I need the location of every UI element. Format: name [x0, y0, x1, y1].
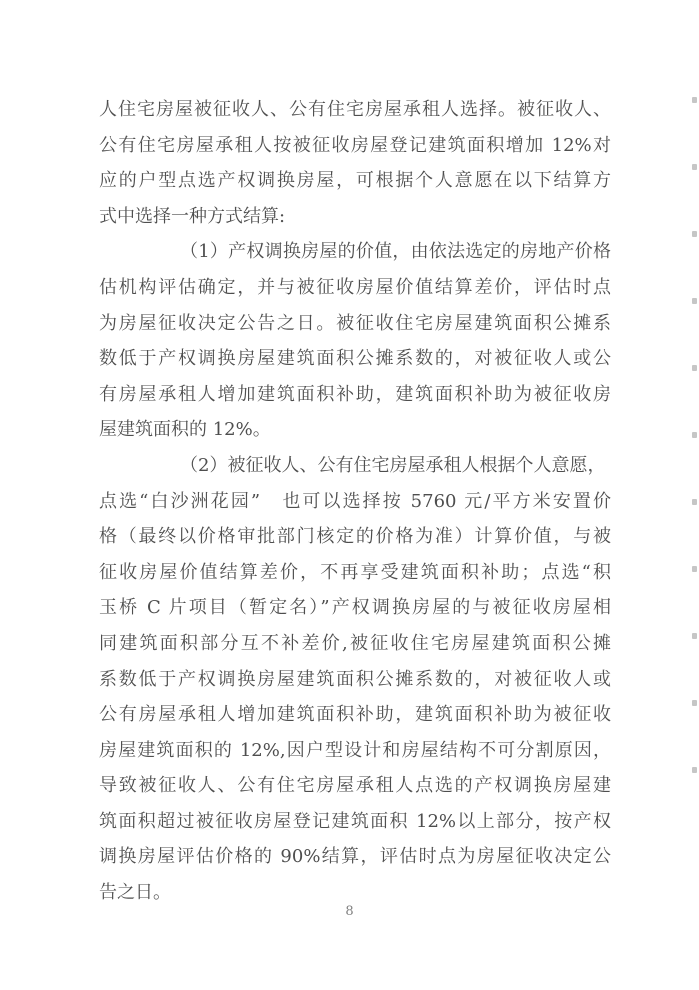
scan-artifact-mark [692, 164, 697, 170]
scan-artifact-mark [692, 700, 697, 706]
text-line: 为房屋征收决定公告之日。被征收住宅房屋建筑面积公摊系 [99, 306, 611, 342]
text-line: 应的户型点选产权调换房屋，可根据个人意愿在以下结算方 [99, 163, 611, 199]
text-line: 公有房屋承租人增加建筑面积补助，建筑面积补助为被征收 [99, 697, 611, 733]
text-line: 式中选择一种方式结算: [99, 199, 611, 235]
scan-artifact-mark [692, 432, 697, 438]
text-line: 点选“白沙洲花园” 也可以选择按 5760 元/平方米安置价 [99, 484, 611, 520]
text-line: （2）被征收人、公有住宅房屋承租人根据个人意愿， [99, 448, 611, 484]
scan-artifact-mark [692, 767, 697, 773]
text-line: 屋建筑面积的 12%。 [99, 412, 611, 448]
text-line: 公有住宅房屋承租人按被征收房屋登记建筑面积增加 12%对 [99, 128, 611, 164]
text-line: 有房屋承租人增加建筑面积补助，建筑面积补助为被征收房 [99, 377, 611, 413]
scan-artifact-mark [692, 298, 697, 304]
scan-artifact-mark [692, 231, 697, 237]
scan-artifact-mark [692, 566, 697, 572]
document-page: 人住宅房屋被征收人、公有住宅房屋承租人选择。被征收人、公有住宅房屋承租人按被征收… [0, 0, 699, 990]
text-line: 人住宅房屋被征收人、公有住宅房屋承租人选择。被征收人、 [99, 92, 611, 128]
text-line: 格（最终以价格审批部门核定的价格为准）计算价值，与被 [99, 519, 611, 555]
text-line: 同建筑面积部分互不补差价,被征收住宅房屋建筑面积公摊 [99, 626, 611, 662]
text-line: 数低于产权调换房屋建筑面积公摊系数的，对被征收人或公 [99, 341, 611, 377]
text-line: 筑面积超过被征收房屋登记建筑面积 12%以上部分，按产权 [99, 804, 611, 840]
text-line: 玉桥 C 片项目（暂定名）”产权调换房屋的与被征收房屋相 [99, 590, 611, 626]
text-line: 房屋建筑面积的 12%,因户型设计和房屋结构不可分割原因， [99, 733, 611, 769]
text-line: （1）产权调换房屋的价值，由依法选定的房地产价格评 [99, 234, 611, 270]
page-number: 8 [0, 904, 699, 919]
scan-artifact-mark [692, 365, 697, 371]
text-line: 导致被征收人、公有住宅房屋承租人点选的产权调换房屋建 [99, 768, 611, 804]
text-line: 系数低于产权调换房屋建筑面积公摊系数的，对被征收人或 [99, 662, 611, 698]
scan-artifact-mark [692, 499, 697, 505]
document-body: 人住宅房屋被征收人、公有住宅房屋承租人选择。被征收人、公有住宅房屋承租人按被征收… [99, 92, 611, 911]
text-line: 调换房屋评估价格的 90%结算，评估时点为房屋征收决定公 [99, 839, 611, 875]
scan-artifact-mark [692, 97, 697, 103]
text-line: 估机构评估确定，并与被征收房屋价值结算差价，评估时点 [99, 270, 611, 306]
text-line: 征收房屋价值结算差价，不再享受建筑面积补助；点选“积 [99, 555, 611, 591]
scan-artifact-mark [692, 633, 697, 639]
